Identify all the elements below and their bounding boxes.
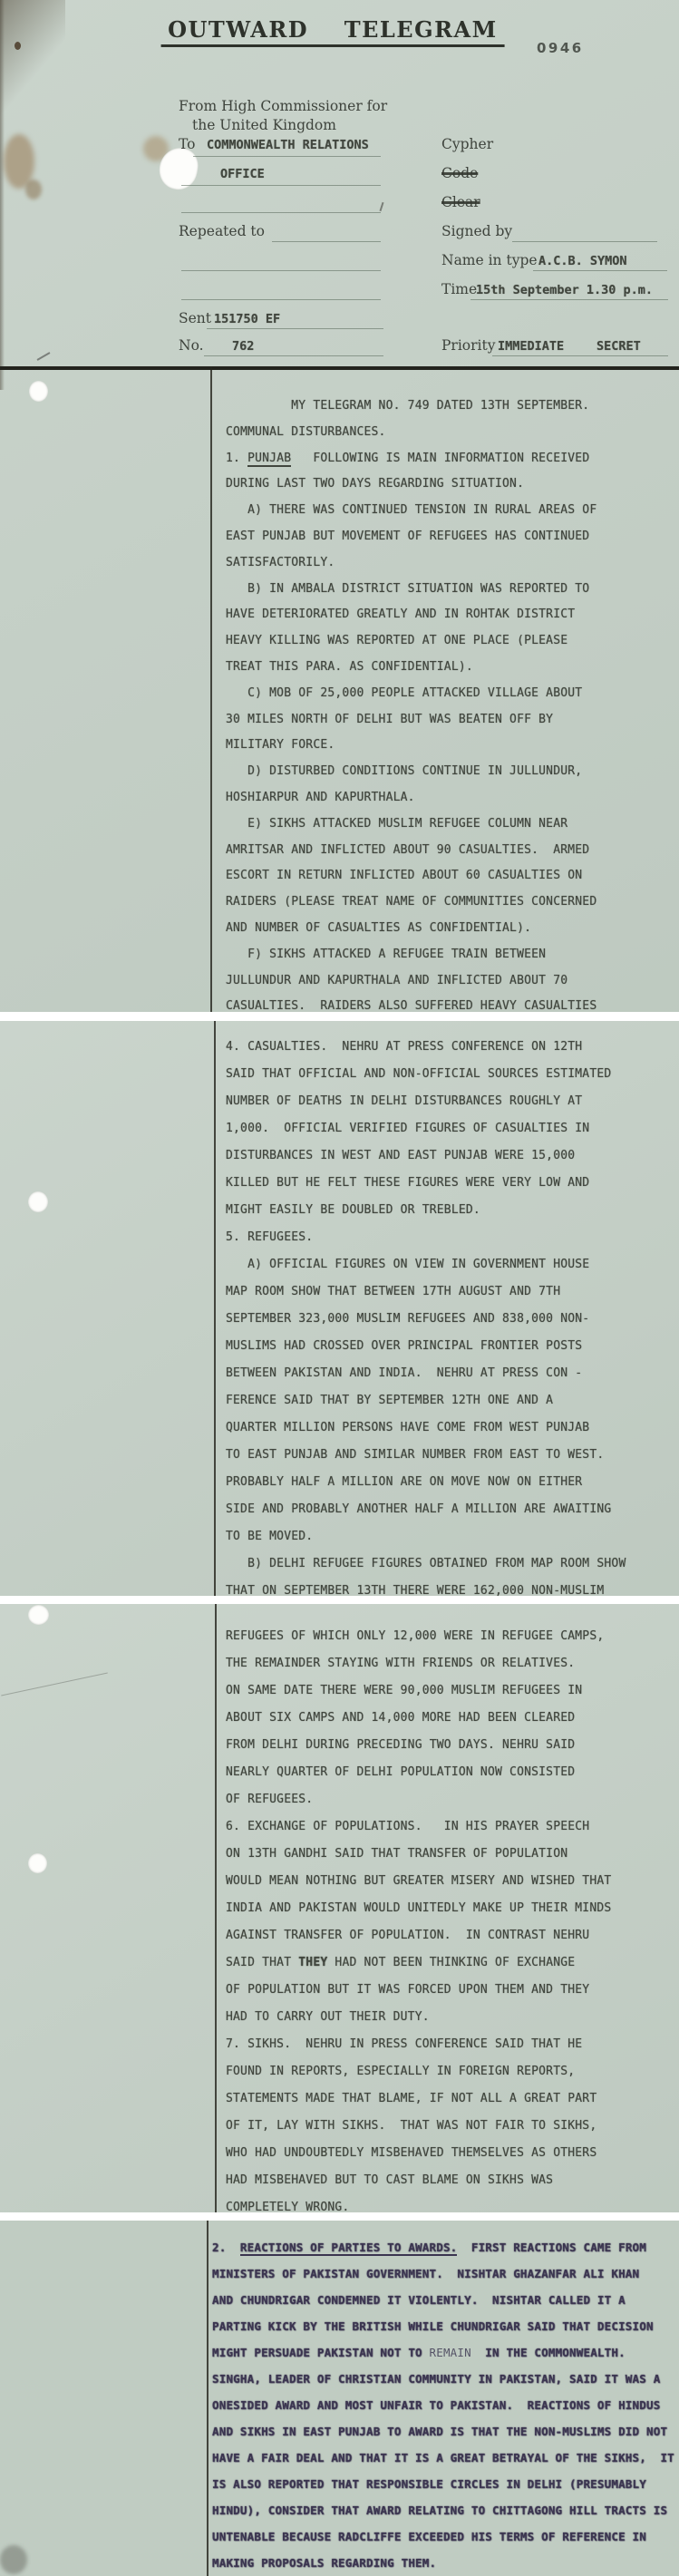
telegram-line: 5. REFUGEES. — [226, 1224, 626, 1251]
smudge-stain — [0, 2545, 27, 2574]
telegram-line: HAVE A FAIR DEAL AND THAT IT IS A GREAT … — [212, 2445, 674, 2471]
telegram-line: WOULD MEAN NOTHING BUT GREATER MISERY AN… — [226, 1868, 611, 1895]
telegram-line: HAVE DETERIORATED GREATLY AND IN ROHTAK … — [226, 602, 597, 628]
form-ruled-line — [470, 299, 668, 300]
cypher-label: Cypher — [441, 136, 493, 152]
telegram-line: NEARLY QUARTER OF DELHI POPULATION NOW C… — [226, 1759, 611, 1786]
to-value-office: OFFICE — [220, 167, 265, 181]
form-ruled-line — [181, 299, 381, 300]
crease-line — [1, 1673, 108, 1696]
priority-value-immediate: IMMEDIATE — [498, 339, 564, 354]
telegram-page-3: REFUGEES OF WHICH ONLY 12,000 WERE IN RE… — [0, 1604, 679, 2212]
telegram-line: PROBABLY HALF A MILLION ARE ON MOVE NOW … — [226, 1469, 626, 1496]
telegram-line: 2. REACTIONS OF PARTIES TO AWARDS. FIRST… — [212, 2234, 674, 2260]
telegram-line: 30 MILES NORTH OF DELHI BUT WAS BEATEN O… — [226, 707, 597, 734]
form-ruled-line — [272, 241, 381, 242]
telegram-line: FROM DELHI DURING PRECEDING TWO DAYS. NE… — [226, 1732, 611, 1759]
rust-stain — [25, 180, 42, 199]
telegram-line: MINISTERS OF PAKISTAN GOVERNMENT. NISHTA… — [212, 2260, 674, 2287]
telegram-line: SATISFACTORILY. — [226, 550, 597, 577]
telegram-line: SAID THAT OFFICIAL AND NON-OFFICIAL SOUR… — [226, 1061, 626, 1088]
margin-line — [210, 366, 212, 1012]
telegram-line: E) SIKHS ATTACKED MUSLIM REFUGEE COLUMN … — [226, 812, 597, 838]
telegram-line: HINDU), CONSIDER THAT AWARD RELATING TO … — [212, 2497, 674, 2523]
priority-value-secret: SECRET — [597, 339, 641, 354]
telegram-line: STATEMENTS MADE THAT BLAME, IF NOT ALL A… — [226, 2085, 611, 2113]
telegram-line: MUSLIMS HAD CROSSED OVER PRINCIPAL FRONT… — [226, 1333, 626, 1360]
torn-corner — [0, 0, 65, 136]
telegram-page-2: 4. CASUALTIES. NEHRU AT PRESS CONFERENCE… — [0, 1021, 679, 1596]
telegram-line: MAP ROOM SHOW THAT BETWEEN 17TH AUGUST A… — [226, 1278, 626, 1306]
telegram-line: AND NUMBER OF CASUALTIES AS CONFIDENTIAL… — [226, 916, 597, 942]
telegram-line: TO EAST PUNJAB AND SIMILAR NUMBER FROM E… — [226, 1442, 626, 1469]
to-label: To — [179, 136, 195, 152]
reference-stamp: 0946 — [537, 40, 584, 56]
number-value: 762 — [232, 339, 254, 354]
to-value: COMMONWEALTH RELATIONS — [207, 138, 369, 152]
sent-value: 151750 EF — [214, 312, 280, 326]
page-body: REFUGEES OF WHICH ONLY 12,000 WERE IN RE… — [226, 1623, 611, 2221]
telegram-line: HEAVY KILLING WAS REPORTED AT ONE PLACE … — [226, 628, 597, 655]
stain — [15, 42, 21, 50]
hole-punch — [28, 1191, 48, 1212]
telegram-line: 6. EXCHANGE OF POPULATIONS. IN HIS PRAYE… — [226, 1813, 611, 1841]
telegram-line: KILLED BUT HE FELT THESE FIGURES WERE VE… — [226, 1170, 626, 1197]
telegram-line: F) SIKHS ATTACKED A REFUGEE TRAIN BETWEE… — [226, 942, 597, 968]
telegram-line: EAST PUNJAB BUT MOVEMENT OF REFUGEES HAS… — [226, 524, 597, 550]
form-ruled-line — [193, 156, 381, 157]
telegram-line: 7. SIKHS. NEHRU IN PRESS CONFERENCE SAID… — [226, 2031, 611, 2058]
from-label-line2: the United Kingdom — [192, 117, 336, 133]
page-body: 2. REACTIONS OF PARTIES TO AWARDS. FIRST… — [212, 2234, 674, 2576]
pencil-mark — [37, 352, 51, 361]
form-ruled-line — [181, 185, 381, 186]
telegram-line: ESCORT IN RETURN INFLICTED ABOUT 60 CASU… — [226, 863, 597, 889]
telegram-line: HOSHIARPUR AND KAPURTHALA. — [226, 785, 597, 812]
telegram-scan: OUTWARD TELEGRAM 0946 From High Commissi… — [0, 0, 679, 2576]
form-ruled-line — [207, 328, 383, 329]
margin-line — [207, 2221, 209, 2576]
margin-line — [215, 1604, 217, 2212]
number-label: No. — [179, 337, 204, 354]
telegram-line: DURING LAST TWO DAYS REGARDING SITUATION… — [226, 471, 597, 498]
name-in-type-label: Name in type — [441, 252, 538, 268]
form-title: OUTWARD TELEGRAM — [160, 16, 505, 47]
page-body: MY TELEGRAM NO. 749 DATED 13TH SEPTEMBER… — [226, 394, 597, 1020]
form-ruled-line — [204, 355, 383, 356]
telegram-line: INDIA AND PAKISTAN WOULD UNITEDLY MAKE U… — [226, 1895, 611, 1922]
form-ruled-line — [533, 270, 667, 271]
hole-punch — [29, 381, 48, 402]
telegram-line: OF POPULATION BUT IT WAS FORCED UPON THE… — [226, 1977, 611, 2004]
telegram-line: QUARTER MILLION PERSONS HAVE COME FROM W… — [226, 1414, 626, 1442]
clear-label: Clear — [441, 194, 480, 210]
telegram-line: MY TELEGRAM NO. 749 DATED 13TH SEPTEMBER… — [226, 394, 597, 420]
telegram-line: MIGHT EASILY BE DOUBLED OR TREBLED. — [226, 1197, 626, 1224]
telegram-line: AND CHUNDRIGAR CONDEMNED IT VIOLENTLY. N… — [212, 2287, 674, 2313]
telegram-line: 4. CASUALTIES. NEHRU AT PRESS CONFERENCE… — [226, 1034, 626, 1061]
telegram-line: JULLUNDUR AND KAPURTHALA AND INFLICTED A… — [226, 968, 597, 995]
telegram-line: RAIDERS (PLEASE TREAT NAME OF COMMUNITIE… — [226, 889, 597, 916]
telegram-line: REFUGEES OF WHICH ONLY 12,000 WERE IN RE… — [226, 1623, 611, 1650]
priority-label: Priority — [441, 337, 495, 354]
telegram-line: CASUALTIES. RAIDERS ALSO SUFFERED HEAVY … — [226, 994, 597, 1020]
telegram-line: SAID THAT THEY HAD NOT BEEN THINKING OF … — [226, 1949, 611, 1977]
telegram-line: TO BE MOVED. — [226, 1523, 626, 1550]
telegram-line: D) DISTURBED CONDITIONS CONTINUE IN JULL… — [226, 759, 597, 785]
form-ruled-line — [492, 355, 668, 356]
sent-label: Sent — [179, 310, 211, 326]
header-rule — [0, 366, 679, 370]
telegram-line: OF REFUGEES. — [226, 1786, 611, 1813]
pencil-mark — [380, 202, 384, 211]
telegram-line: FOUND IN REPORTS, ESPECIALLY IN FOREIGN … — [226, 2058, 611, 2085]
form-ruled-line — [181, 212, 381, 213]
telegram-line: FERENCE SAID THAT BY SEPTEMBER 12TH ONE … — [226, 1387, 626, 1414]
telegram-line: C) MOB OF 25,000 PEOPLE ATTACKED VILLAGE… — [226, 681, 597, 707]
telegram-line: BETWEEN PAKISTAN AND INDIA. NEHRU AT PRE… — [226, 1360, 626, 1387]
telegram-line: THAT ON SEPTEMBER 13TH THERE WERE 162,00… — [226, 1578, 626, 1605]
time-value: 15th September 1.30 p.m. — [476, 283, 653, 297]
signed-by-label: Signed by — [441, 223, 512, 239]
telegram-line: ON SAME DATE THERE WERE 90,000 MUSLIM RE… — [226, 1677, 611, 1705]
telegram-line: IS ALSO REPORTED THAT RESPONSIBLE CIRCLE… — [212, 2471, 674, 2497]
telegram-line: NUMBER OF DEATHS IN DELHI DISTURBANCES R… — [226, 1088, 626, 1115]
telegram-line: MIGHT PERSUADE PAKISTAN NOT TO REMAIN IN… — [212, 2339, 674, 2366]
telegram-line: MAKING PROPOSALS REGARDING THEM. — [212, 2550, 674, 2576]
telegram-line: 1. PUNJAB FOLLOWING IS MAIN INFORMATION … — [226, 446, 597, 472]
name-in-type-value: A.C.B. SYMON — [538, 254, 627, 268]
form-ruled-line — [512, 241, 657, 242]
telegram-page-1: OUTWARD TELEGRAM 0946 From High Commissi… — [0, 0, 679, 1012]
telegram-line: A) OFFICIAL FIGURES ON VIEW IN GOVERNMEN… — [226, 1251, 626, 1278]
form-ruled-line — [181, 270, 381, 271]
hole-punch — [28, 1853, 47, 1873]
telegram-line: PARTING KICK BY THE BRITISH WHILE CHUNDR… — [212, 2313, 674, 2339]
telegram-page-4: 2. REACTIONS OF PARTIES TO AWARDS. FIRST… — [0, 2221, 679, 2576]
time-label: Time — [441, 281, 477, 297]
telegram-line: SEPTEMBER 323,000 MUSLIM REFUGEES AND 83… — [226, 1306, 626, 1333]
telegram-line: AGAINST TRANSFER OF POPULATION. IN CONTR… — [226, 1922, 611, 1949]
telegram-line: UNTENABLE BECAUSE RADCLIFFE EXCEEDED HIS… — [212, 2523, 674, 2550]
telegram-line: B) IN AMBALA DISTRICT SITUATION WAS REPO… — [226, 577, 597, 603]
telegram-line: COMPLETELY WRONG. — [226, 2194, 611, 2221]
telegram-line: HAD TO CARRY OUT THEIR DUTY. — [226, 2004, 611, 2031]
hole-punch — [28, 1605, 49, 1625]
telegram-line: TREAT THIS PARA. AS CONFIDENTIAL). — [226, 655, 597, 681]
repeated-to-label: Repeated to — [179, 223, 265, 239]
telegram-line: A) THERE WAS CONTINUED TENSION IN RURAL … — [226, 498, 597, 524]
telegram-line: AMRITSAR AND INFLICTED ABOUT 90 CASUALTI… — [226, 838, 597, 864]
telegram-line: ON 13TH GANDHI SAID THAT TRANSFER OF POP… — [226, 1841, 611, 1868]
telegram-line: B) DELHI REFUGEE FIGURES OBTAINED FROM M… — [226, 1550, 626, 1578]
telegram-line: COMMUNAL DISTURBANCES. — [226, 420, 597, 446]
page-body: 4. CASUALTIES. NEHRU AT PRESS CONFERENCE… — [226, 1034, 626, 1605]
telegram-line: ABOUT SIX CAMPS AND 14,000 MORE HAD BEEN… — [226, 1705, 611, 1732]
telegram-line: HAD MISBEHAVED BUT TO CAST BLAME ON SIKH… — [226, 2167, 611, 2194]
code-label: Code — [441, 165, 478, 181]
telegram-line: DISTURBANCES IN WEST AND EAST PUNJAB WER… — [226, 1142, 626, 1170]
telegram-line: OF IT, LAY WITH SIKHS. THAT WAS NOT FAIR… — [226, 2113, 611, 2140]
telegram-line: THE REMAINDER STAYING WITH FRIENDS OR RE… — [226, 1650, 611, 1677]
telegram-line: SINGHA, LEADER OF CHRISTIAN COMMUNITY IN… — [212, 2366, 674, 2392]
telegram-line: WHO HAD UNDOUBTEDLY MISBEHAVED THEMSELVE… — [226, 2140, 611, 2167]
from-label-line1: From High Commissioner for — [179, 98, 387, 114]
telegram-line: MILITARY FORCE. — [226, 733, 597, 759]
telegram-line: AND SIKHS IN EAST PUNJAB TO AWARD IS THA… — [212, 2418, 674, 2445]
telegram-line: ONESIDED AWARD AND MOST UNFAIR TO PAKIST… — [212, 2392, 674, 2418]
page-edge-shadow — [0, 0, 5, 390]
telegram-line: 1,000. OFFICIAL VERIFIED FIGURES OF CASU… — [226, 1115, 626, 1142]
margin-line — [214, 1021, 216, 1596]
telegram-line: SIDE AND PROBABLY ANOTHER HALF A MILLION… — [226, 1496, 626, 1523]
